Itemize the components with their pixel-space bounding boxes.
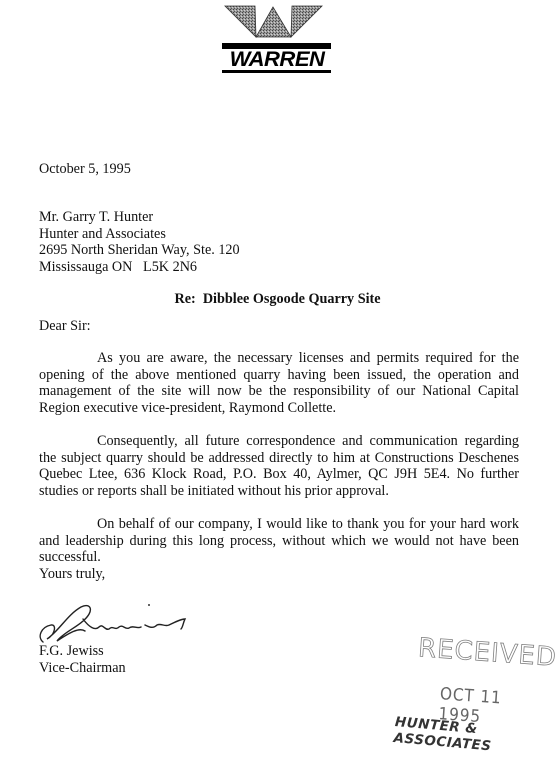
stamp-received-label: RECEIVED xyxy=(417,633,555,673)
subject-line: Re: Dibblee Osgoode Quarry Site xyxy=(0,291,555,308)
signer-name: F.G. Jewiss xyxy=(39,643,104,660)
recipient-city: Mississauga ON L5K 2N6 xyxy=(39,259,197,276)
logo-left-triangle xyxy=(225,6,256,37)
salutation: Dear Sir: xyxy=(39,318,91,335)
recipient-company: Hunter and Associates xyxy=(39,226,166,243)
signature xyxy=(33,597,193,647)
body-paragraph-2: Consequently, all future correspondence … xyxy=(39,433,519,499)
logo-right-triangle xyxy=(291,6,322,37)
body-paragraph-1: As you are aware, the necessary licenses… xyxy=(39,350,519,416)
recipient-street: 2695 North Sheridan Way, Ste. 120 xyxy=(39,242,240,259)
letter-date: October 5, 1995 xyxy=(39,161,131,178)
logo-center-triangle xyxy=(256,7,291,37)
recipient-name: Mr. Garry T. Hunter xyxy=(39,209,153,226)
closing: Yours truly, xyxy=(39,566,105,583)
body-paragraph-3: On behalf of our company, I would like t… xyxy=(39,516,519,566)
company-name: WARREN xyxy=(219,50,335,70)
signer-title: Vice-Chairman xyxy=(39,660,126,677)
